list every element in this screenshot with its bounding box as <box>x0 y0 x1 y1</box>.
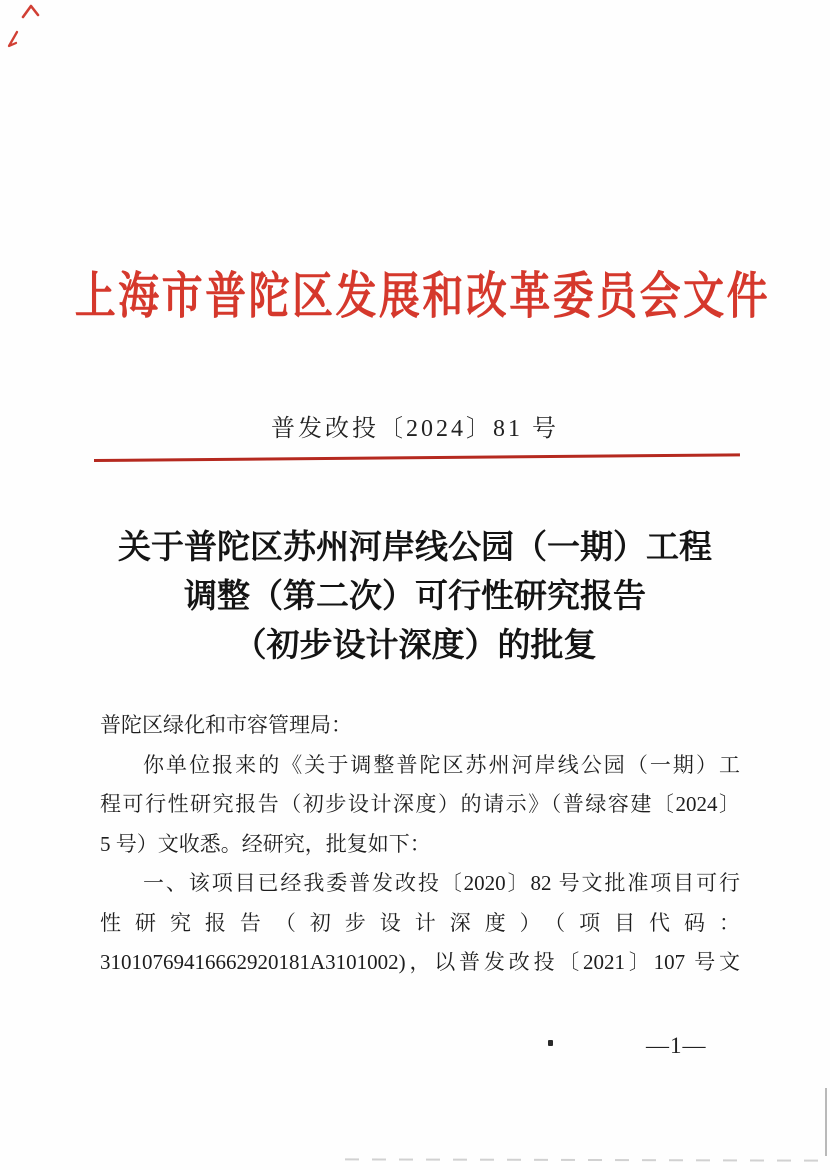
body-line: 5 号）文收悉。经研究，批复如下： <box>100 825 740 865</box>
ink-speck <box>548 1040 553 1046</box>
page-number: —1— <box>646 1033 707 1059</box>
agency-header-title: 上海市普陀区发展和改革委员会文件 <box>75 256 756 328</box>
doc-title-line-3: （初步设计深度）的批复 <box>0 622 830 671</box>
scan-artifact-right-edge <box>825 1088 827 1156</box>
scan-artifact-bottom-edge <box>345 1158 827 1161</box>
body-line: 你单位报来的《关于调整普陀区苏州河岸线公园（一期）工 <box>100 746 740 786</box>
document-page: 上海市普陀区发展和改革委员会文件 普发改投〔2024〕81 号 关于普陀区苏州河… <box>0 0 830 1170</box>
body-line-salutation: 普陀区绿化和市容管理局： <box>100 706 740 746</box>
doc-title-line-1: 关于普陀区苏州河岸线公园（一期）工程 <box>0 524 830 573</box>
body-line-project-code: 31010769416662920181A3101002)，以普发改投〔2021… <box>100 943 740 983</box>
body-line: 程可行性研究报告（初步设计深度）的请示》（普绿容建〔2024〕 <box>100 785 740 825</box>
doc-number: 普发改投〔2024〕81 号 <box>0 408 830 443</box>
body-line: 一、该项目已经我委普发改投〔2020〕82 号文批准项目可行 <box>100 864 740 904</box>
red-pen-marks-icon <box>2 2 50 54</box>
red-separator-line <box>94 453 740 462</box>
doc-title-line-2: 调整（第二次）可行性研究报告 <box>0 573 830 622</box>
doc-title: 关于普陀区苏州河岸线公园（一期）工程 调整（第二次）可行性研究报告 （初步设计深… <box>0 524 830 671</box>
doc-body: 普陀区绿化和市容管理局： 你单位报来的《关于调整普陀区苏州河岸线公园（一期）工 … <box>100 706 740 983</box>
body-line-spaced: 性研究报告（初步设计深度）（项目代码： <box>100 904 740 944</box>
